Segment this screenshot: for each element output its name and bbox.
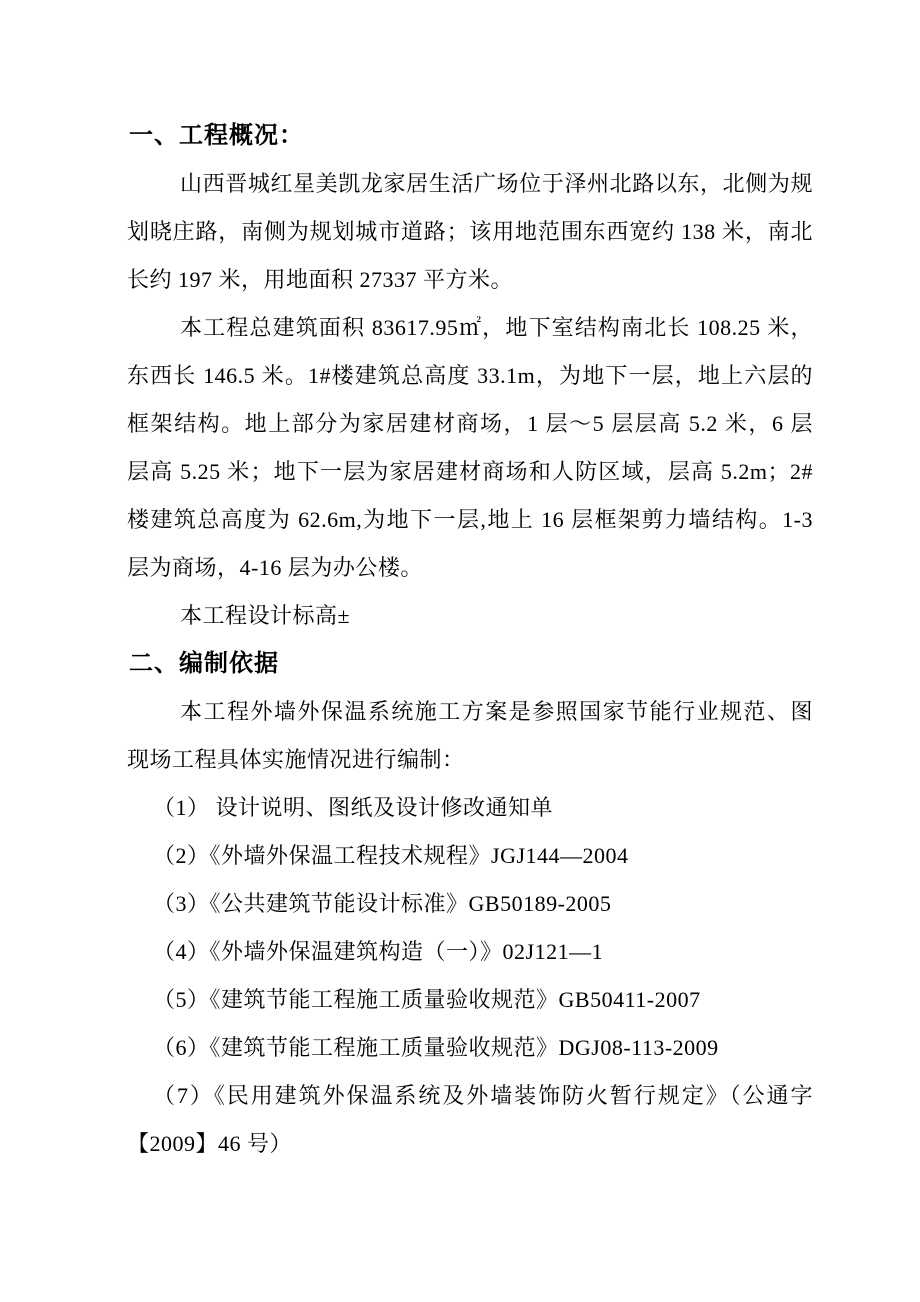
text-line: 本工程总建筑面积 83617.95㎡，地下室结构南北长 108.25 米， [127,304,813,352]
list-item: （3）《公共建筑节能设计标准》GB50189-2005 [127,880,813,928]
text-line: 山西晋城红星美凯龙家居生活广场位于泽州北路以东，北侧为规 [127,160,813,208]
list-item: （2）《外墙外保温工程技术规程》JGJ144—2004 [127,832,813,880]
text-line: 楼建筑总高度为 62.6m,为地下一层,地上 16 层框架剪力墙结构。1-3 [127,496,813,544]
list-item: （4）《外墙外保温建筑构造（一）》02J121—1 [127,928,813,976]
text-line: 本工程外墙外保温系统施工方案是参照国家节能行业规范、图集、 [127,688,813,736]
text-line: 框架结构。地上部分为家居建材商场，1 层～5 层层高 5.2 米，6 层 [127,400,813,448]
section-heading: 一、工程概况： [127,112,813,160]
list-item: （7）《民用建筑外保温系统及外墙装饰防火暂行规定》（公通字 [127,1072,813,1120]
document-content: 一、工程概况：山西晋城红星美凯龙家居生活广场位于泽州北路以东，北侧为规划晓庄路，… [127,112,813,1168]
text-line: 划晓庄路，南侧为规划城市道路；该用地范围东西宽约 138 米，南北 [127,208,813,256]
document-page: 一、工程概况：山西晋城红星美凯龙家居生活广场位于泽州北路以东，北侧为规划晓庄路，… [0,0,920,1302]
text-line: 东西长 146.5 米。1#楼建筑总高度 33.1m，为地下一层，地上六层的 [127,352,813,400]
list-item: （6）《建筑节能工程施工质量验收规范》DGJ08-113-2009 [127,1024,813,1072]
text-line: 本工程设计标高± [127,592,813,640]
text-line: 长约 197 米，用地面积 27337 平方米。 [127,256,813,304]
text-line: 层为商场，4-16 层为办公楼。 [127,544,813,592]
section-heading: 二、编制依据 [127,640,813,688]
text-line: 【2009】46 号） [127,1120,813,1168]
list-item: （1） 设计说明、图纸及设计修改通知单 [127,784,813,832]
text-line: 层高 5.25 米；地下一层为家居建材商场和人防区域，层高 5.2m；2# [127,448,813,496]
text-line: 现场工程具体实施情况进行编制： [127,736,813,784]
list-item: （5）《建筑节能工程施工质量验收规范》GB50411-2007 [127,976,813,1024]
